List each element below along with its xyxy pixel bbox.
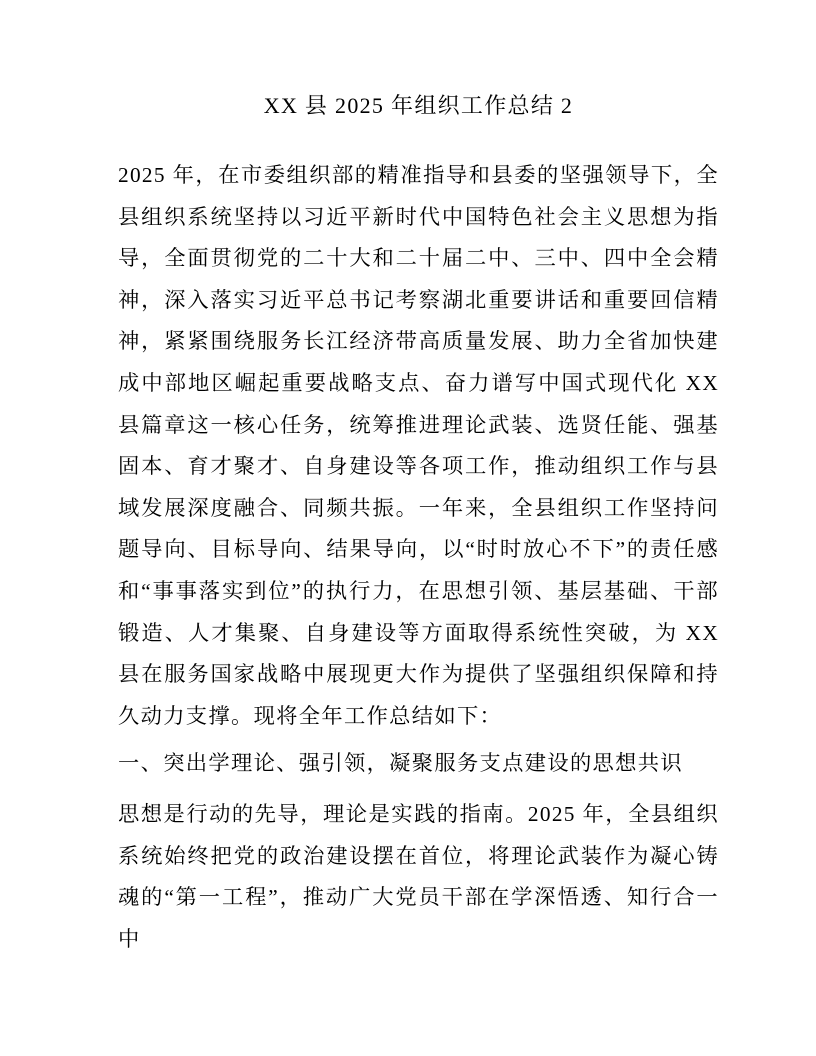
document-page: XX 县 2025 年组织工作总结 2 2025 年，在市委组织部的精准指导和县…	[0, 0, 816, 1056]
section-1-paragraph: 思想是行动的先导，理论是实践的指南。2025 年，全县组织系统始终把党的政治建设…	[118, 794, 719, 960]
document-title: XX 县 2025 年组织工作总结 2	[118, 85, 719, 127]
intro-paragraph: 2025 年，在市委组织部的精准指导和县委的坚强领导下，全县组织系统坚持以习近平…	[118, 155, 719, 737]
section-heading-1: 一、突出学理论、强引领，凝聚服务支点建设的思想共识	[118, 743, 719, 785]
document-title-text: XX 县 2025 年组织工作总结 2	[264, 93, 573, 118]
